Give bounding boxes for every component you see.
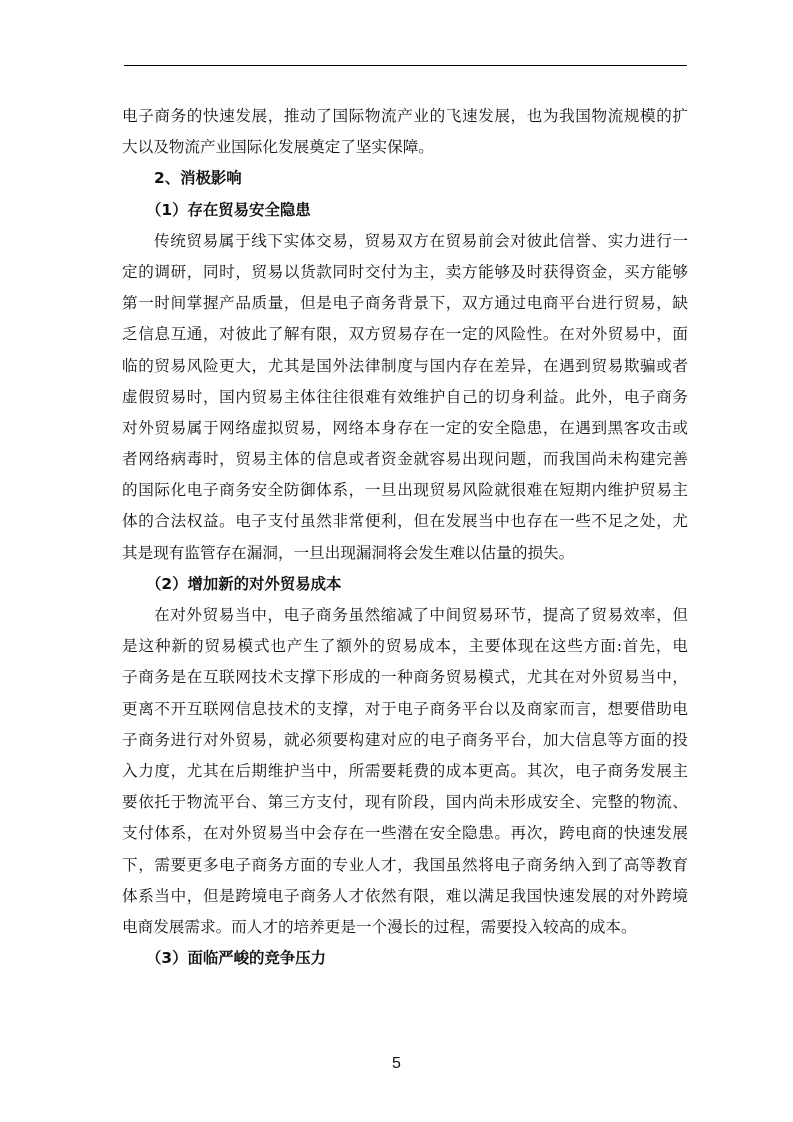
document-body: 电子商务的快速发展，推动了国际物流产业的飞速发展，也为我国物流规模的扩 大以及物…	[122, 101, 688, 974]
text-line: 临的贸易风险更大，尤其是国外法律制度与国内存在差异，在遇到贸易欺骗或者	[122, 351, 688, 382]
text-line: 者网络病毒时，贸易主体的信息或者资金就容易出现问题，而我国尚未构建完善	[122, 444, 688, 475]
text-line: 电商发展需求。而人才的培养更是一个漫长的过程，需要投入较高的成本。	[122, 912, 688, 943]
text-line: 更离不开互联网信息技术的支撑，对于电子商务平台以及商家而言，想要借助电	[122, 694, 688, 725]
subsection-heading-competition-pressure: （3）面临严峻的竞争压力	[122, 943, 688, 974]
paragraph-trade-costs: 在对外贸易当中，电子商务虽然缩减了中间贸易环节，提高了贸易效率，但 是这种新的贸…	[122, 600, 688, 943]
text-line: 入力度，尤其在后期维护当中，所需要耗费的成本更高。其次，电子商务发展主	[122, 756, 688, 787]
text-line: 对外贸易属于网络虚拟贸易，网络本身存在一定的安全隐患，在遇到黑客攻击或	[122, 413, 688, 444]
text-line: 体系当中，但是跨境电子商务人才依然有限，难以满足我国快速发展的对外跨境	[122, 881, 688, 912]
header-rule	[124, 65, 687, 66]
text-line: 传统贸易属于线下实体交易，贸易双方在贸易前会对彼此信誉、实力进行一	[122, 226, 688, 257]
text-line: 电子商务的快速发展，推动了国际物流产业的飞速发展，也为我国物流规模的扩	[122, 101, 688, 132]
text-line: 其是现有监管存在漏洞，一旦出现漏洞将会发生难以估量的损失。	[122, 538, 688, 569]
text-line: 子商务是在互联网技术支撑下形成的一种商务贸易模式，尤其在对外贸易当中，	[122, 662, 688, 693]
section-heading-negative-impacts: 2、消极影响	[122, 163, 688, 194]
text-line: 子商务进行对外贸易，就必须要构建对应的电子商务平台，加大信息等方面的投	[122, 725, 688, 756]
text-line: 定的调研，同时，贸易以货款同时交付为主，卖方能够及时获得资金，买方能够	[122, 257, 688, 288]
text-line: 虚假贸易时，国内贸易主体往往很难有效维护自己的切身利益。此外，电子商务	[122, 382, 688, 413]
page-number: 5	[0, 1055, 793, 1073]
text-line: 乏信息互通，对彼此了解有限，双方贸易存在一定的风险性。在对外贸易中，面	[122, 319, 688, 350]
text-line: 的国际化电子商务安全防御体系，一旦出现贸易风险就很难在短期内维护贸易主	[122, 475, 688, 506]
paragraph-intro-continuation: 电子商务的快速发展，推动了国际物流产业的飞速发展，也为我国物流规模的扩 大以及物…	[122, 101, 688, 163]
text-line: 体的合法权益。电子支付虽然非常便利，但在发展当中也存在一些不足之处，尤	[122, 506, 688, 537]
text-line: 大以及物流产业国际化发展奠定了坚实保障。	[122, 132, 688, 163]
text-line: 是这种新的贸易模式也产生了额外的贸易成本，主要体现在这些方面:首先，电	[122, 631, 688, 662]
subsection-heading-trade-costs: （2）增加新的对外贸易成本	[122, 569, 688, 600]
text-line: 在对外贸易当中，电子商务虽然缩减了中间贸易环节，提高了贸易效率，但	[122, 600, 688, 631]
text-line: 第一时间掌握产品质量，但是电子商务背景下，双方通过电商平台进行贸易，缺	[122, 288, 688, 319]
text-line: 要依托于物流平台、第三方支付，现有阶段，国内尚未形成安全、完整的物流、	[122, 787, 688, 818]
text-line: 支付体系，在对外贸易当中会存在一些潜在安全隐患。再次，跨电商的快速发展	[122, 818, 688, 849]
paragraph-trade-security: 传统贸易属于线下实体交易，贸易双方在贸易前会对彼此信誉、实力进行一 定的调研，同…	[122, 226, 688, 569]
text-line: 下，需要更多电子商务方面的专业人才，我国虽然将电子商务纳入到了高等教育	[122, 850, 688, 881]
subsection-heading-trade-security: （1）存在贸易安全隐患	[122, 195, 688, 226]
